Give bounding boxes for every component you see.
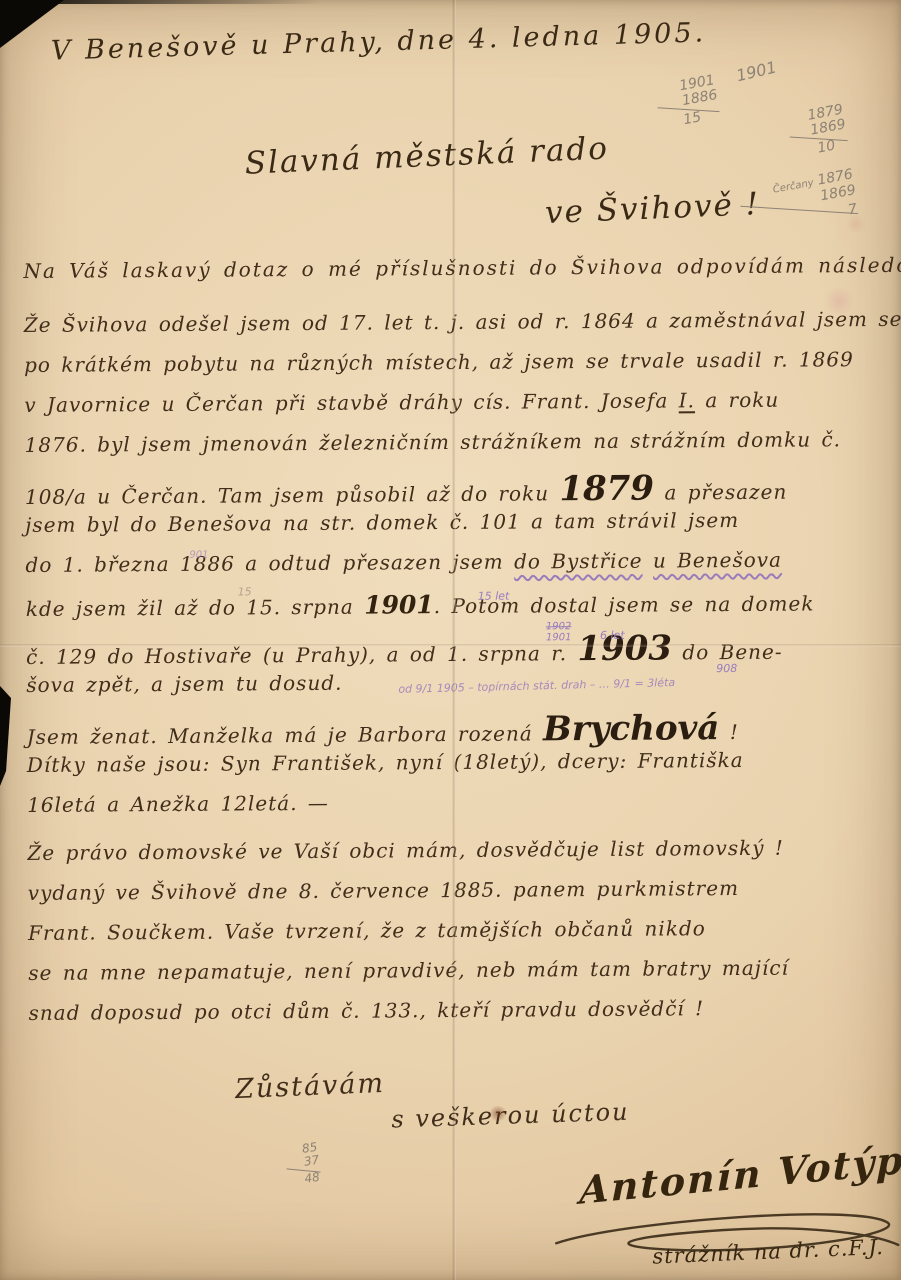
letter-body: Že Švihova odešel jsem od 17. let t. j. …	[24, 307, 889, 1041]
line-segment: !	[719, 720, 739, 744]
horizontal-fold-crease	[0, 644, 901, 647]
calc-result: 48	[287, 1170, 323, 1188]
letter-line: 16letá a Anežka 12letá. —	[27, 787, 887, 833]
line-segment: v Javornice u Čerčan při stavbě dráhy cí…	[24, 388, 678, 417]
scan-top-edge-dark	[0, 0, 320, 4]
paper-stain	[488, 1106, 508, 1121]
pencil-calc-85-37: 85 37 48	[283, 1141, 323, 1189]
emphasized-name: Brychová	[543, 708, 720, 749]
scanned-letter-paper: V Benešově u Prahy, dne 4. ledna 1905. 1…	[0, 0, 901, 1280]
letter-line: vydaný ve Švihově dne 8. července 1885. …	[28, 875, 888, 921]
salutation-line-1: Slavná městská rado	[244, 131, 610, 182]
paper-stain	[822, 288, 856, 314]
letter-line: Frant. Součkem. Vaše tvrzení, že z taměj…	[28, 915, 888, 961]
letter-line: Že právo domovské ve Vaší obci mám, dosv…	[27, 835, 887, 881]
emphasized-year: 1879	[559, 469, 654, 510]
corrected-year: 1901	[546, 632, 572, 643]
dateline: V Benešově u Prahy, dne 4. ledna 1905.	[51, 17, 707, 66]
line-segment: do 1. března 1886 a odtud přesazen jsem	[25, 550, 514, 577]
line-segment: kde jsem žil až do 15. srpna	[26, 595, 365, 621]
closing-line-1: Zůstávám	[235, 1068, 386, 1105]
closing-line-2: s veškerou úctou	[391, 1098, 630, 1134]
vertical-fold-crease	[452, 0, 456, 1280]
pencil-note-15: 15	[238, 585, 252, 598]
pencil-calc-1876-1869: Čerčany 1876 1869 7	[735, 167, 860, 237]
pencil-calc-1879-1869: 1879 1869 10	[785, 103, 851, 162]
line-segment: a přesazen	[654, 480, 787, 505]
violet-underlined-segment: u Benešova	[653, 548, 782, 573]
violet-note-15let: 15 let	[478, 590, 510, 603]
line-segment: 108/a u Čerčan. Tam jsem působil až do r…	[25, 481, 560, 509]
letter-line: č. 129 do Hostivaře (u Prahy), a od 1. s…	[26, 627, 886, 673]
line-segment: a roku	[695, 388, 779, 413]
letter-line: Dítky naše jsou: Syn František, nyní (18…	[27, 747, 887, 793]
violet-note-901: 901	[189, 550, 208, 561]
pencil-calc-1901-1886: 1901 1886 15	[652, 73, 722, 132]
pencil-note-1901: 1901	[734, 57, 778, 85]
underlined-segment: I.	[679, 388, 695, 412]
struck-year: 1902	[546, 621, 572, 632]
letter-content: V Benešově u Prahy, dne 4. ledna 1905. 1…	[0, 0, 901, 1280]
emphasized-year: 1901	[364, 590, 434, 619]
salutation-line-2: ve Švihově !	[544, 186, 761, 231]
letter-line: Jsem ženat. Manželka má je Barbora rozen…	[26, 707, 886, 753]
line-segment: Jsem ženat. Manželka má je Barbora rozen…	[27, 721, 544, 749]
violet-underlined-segment: do Bystřice	[514, 549, 643, 574]
letter-line: snad doposud po otci dům č. 133., kteří …	[29, 995, 889, 1041]
violet-note-years: 1902 1901	[546, 621, 572, 643]
letter-line: se na mne nepamatuje, není pravdivé, neb…	[28, 955, 888, 1001]
violet-note-6let: 6 let	[600, 629, 625, 642]
violet-note-908: 908	[716, 662, 737, 675]
paper-stain	[845, 215, 867, 233]
intro-line: Na Váš laskavý dotaz o mé příslušnosti d…	[23, 252, 901, 283]
